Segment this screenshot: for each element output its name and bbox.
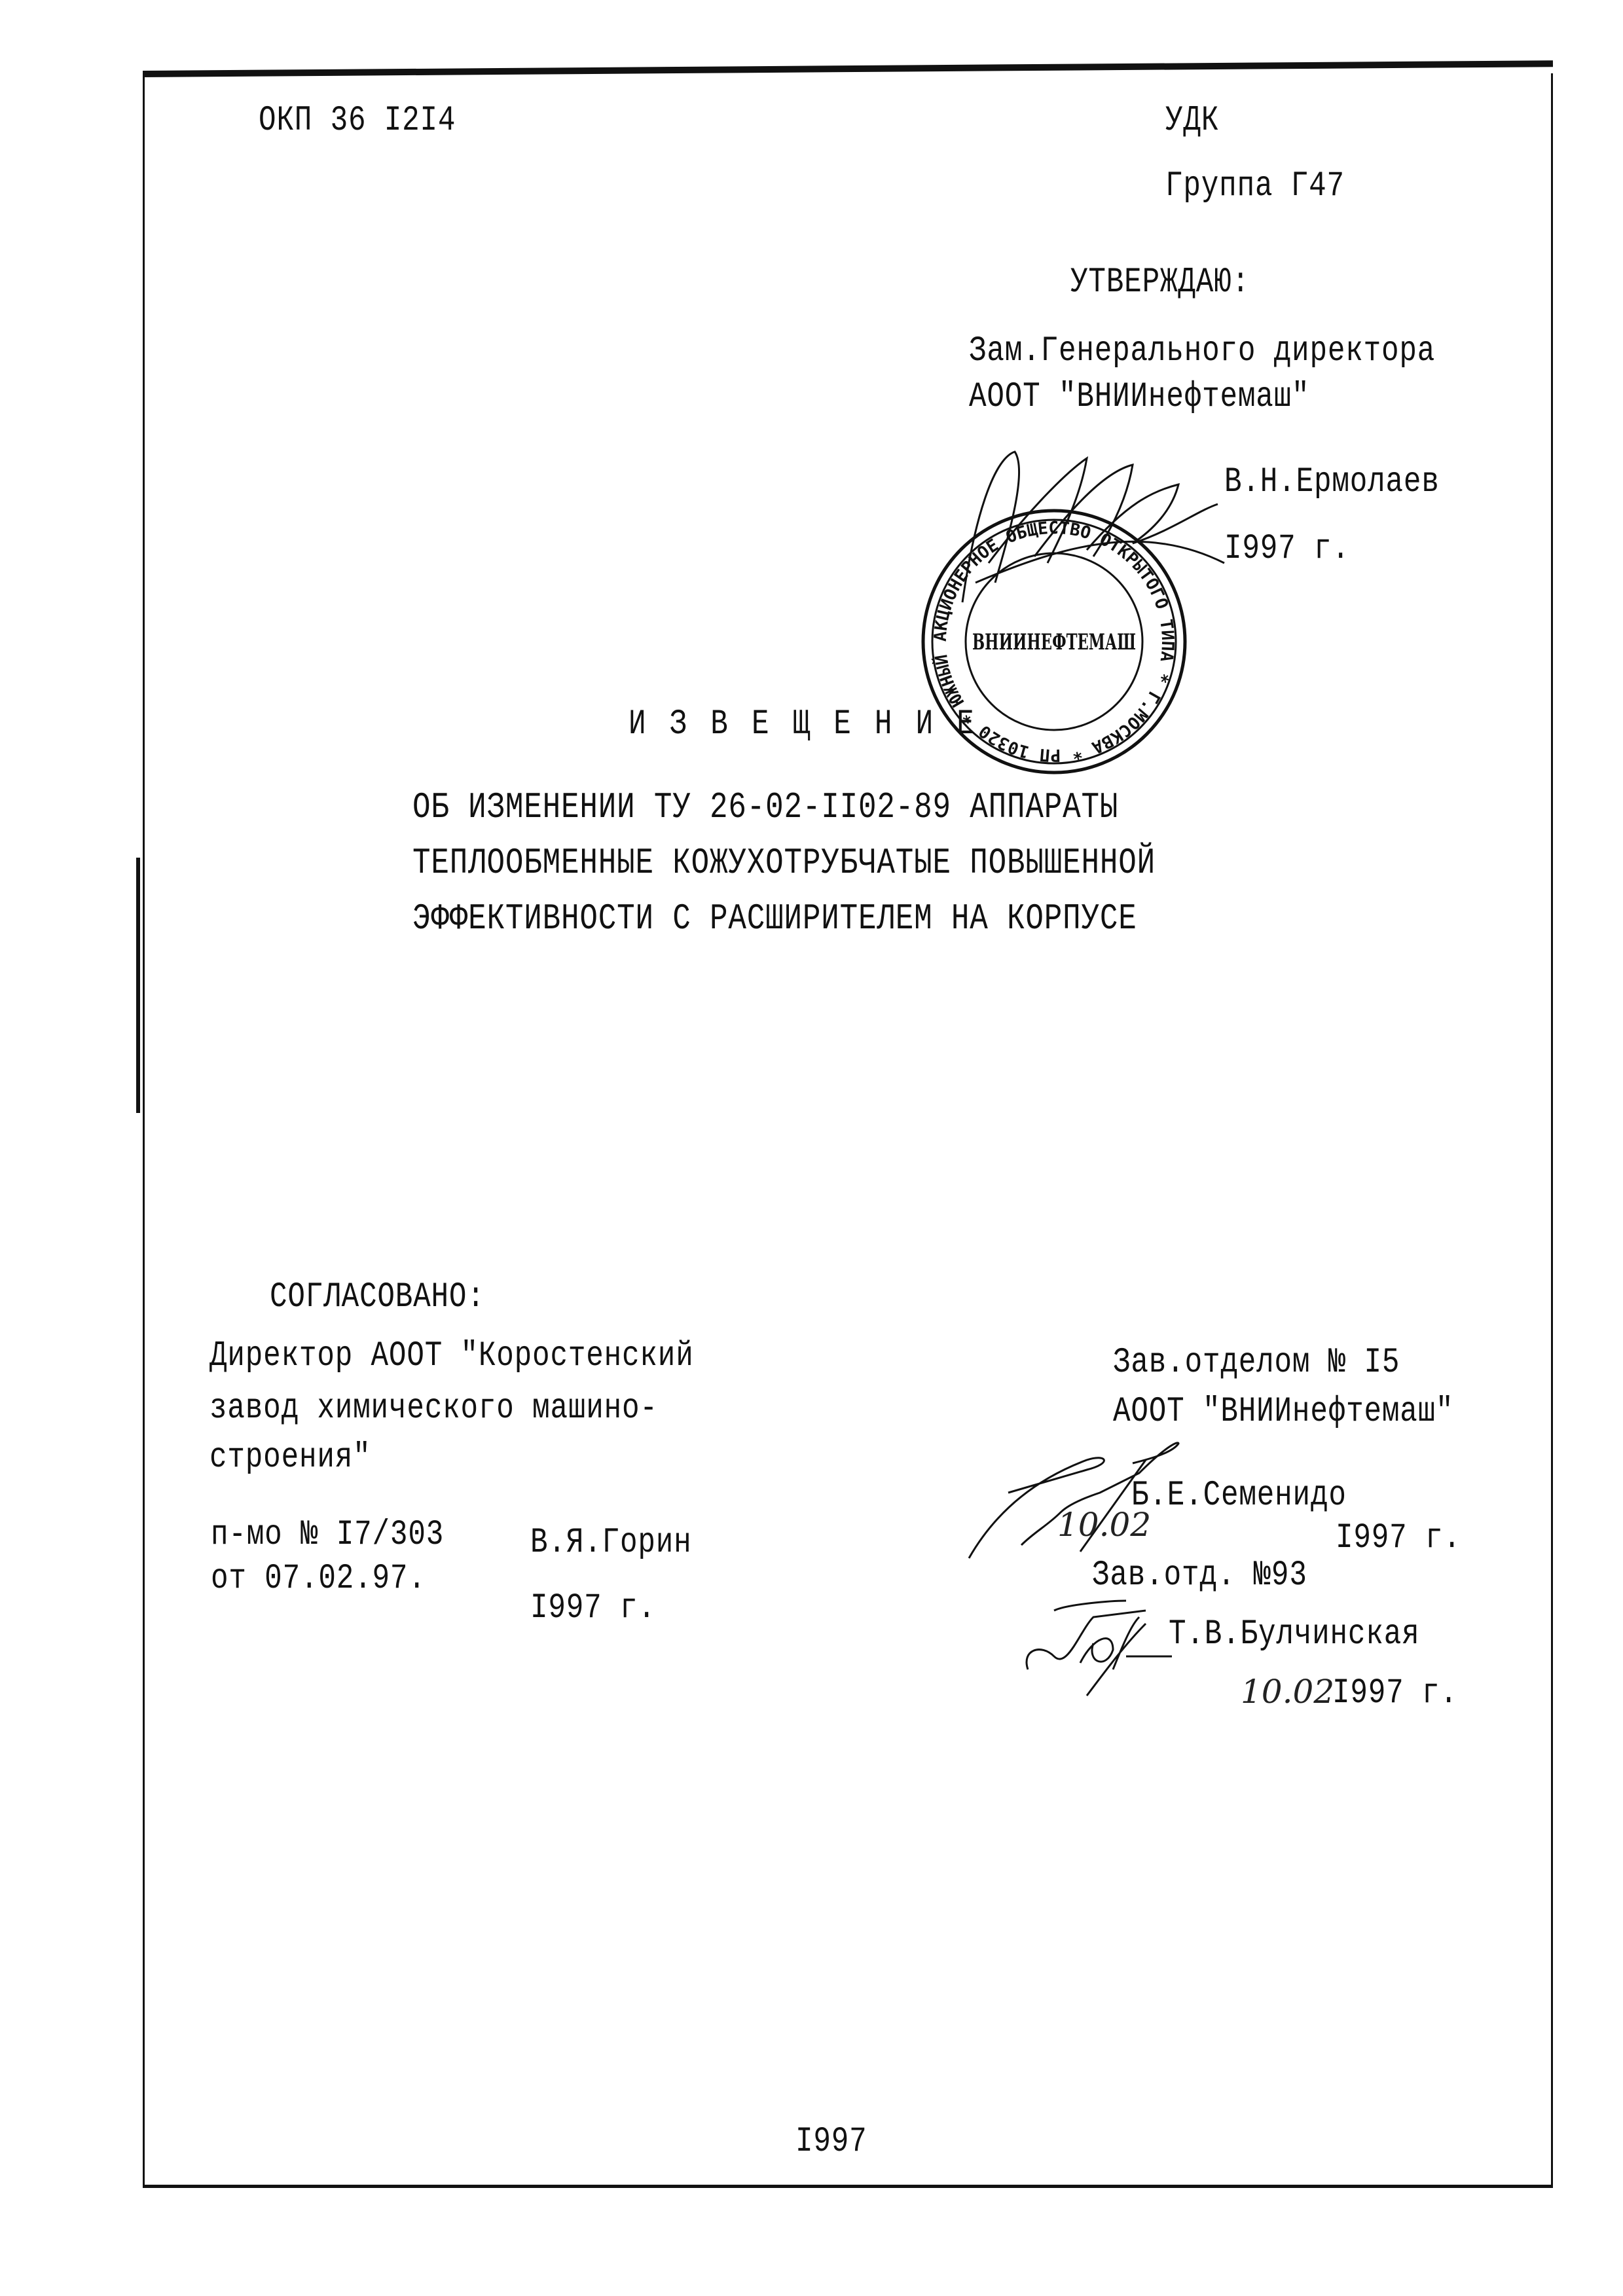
- agreed-right-year2: I997 г.: [1332, 1676, 1458, 1711]
- signature-bulchinskaya: [1015, 1591, 1185, 1709]
- letter-reference: п-мо № I7/303: [211, 1518, 444, 1553]
- agreed-right-year1: I997 г.: [1336, 1521, 1461, 1556]
- stamp-center-text: ВНИИНЕФТЕМАШ: [972, 629, 1136, 655]
- agreed-right-dept2: Зав.отд. №93: [1092, 1558, 1307, 1594]
- agreed-right-name1: Б.Е.Семенидо: [1131, 1478, 1347, 1514]
- left-margin-mark: [136, 858, 140, 1113]
- agreed-heading: СОГЛАСОВАНО:: [270, 1280, 485, 1315]
- agreed-right-name2: Т.В.Булчинская: [1169, 1617, 1420, 1652]
- approval-position-line1: Зам.Генерального директора: [969, 334, 1435, 369]
- approval-position-line2: АООТ "ВНИИнефтемаш": [969, 380, 1309, 415]
- notice-title-line3: ЭФФЕКТИВНОСТИ С РАСШИРИТЕЛЕМ НА КОРПУСЕ: [412, 900, 1137, 937]
- agreed-left-name: В.Я.Горин: [530, 1525, 692, 1561]
- agreed-right-line2: АООТ "ВНИИнефтемаш": [1113, 1394, 1453, 1430]
- footer-year: I997: [795, 2124, 867, 2160]
- notice-title-line1: ОБ ИЗМЕНЕНИИ ТУ 26-02-II02-89 АППАРАТЫ: [412, 789, 1118, 826]
- okp-code: ОКП 36 I2I4: [259, 103, 456, 139]
- agreed-left-line1: Директор АООТ "Коростенский: [210, 1339, 694, 1374]
- group-code: Группа Г47: [1165, 169, 1345, 204]
- notice-heading: ИЗВЕЩЕНИЕ: [629, 707, 998, 742]
- approval-name: В.Н.Ермолаев: [1224, 465, 1440, 500]
- agreed-right-line1: Зав.отделом № I5: [1113, 1345, 1400, 1381]
- notice-title-line2: ТЕПЛООБМЕННЫЕ КОЖУХОТРУБЧАТЫЕ ПОВЫШЕННОЙ: [412, 845, 1156, 881]
- handwritten-date-2: 10.02: [1241, 1673, 1334, 1711]
- udk-label: УДК: [1165, 103, 1219, 139]
- agreed-left-line3: строения": [210, 1440, 371, 1476]
- letter-date: от 07.02.97.: [211, 1561, 426, 1597]
- agreed-left-line2: завод химического машино-: [210, 1391, 658, 1427]
- approval-heading: УТВЕРЖДАЮ:: [1070, 265, 1250, 301]
- page-frame: [143, 73, 1553, 2188]
- agreed-left-year: I997 г.: [530, 1591, 656, 1626]
